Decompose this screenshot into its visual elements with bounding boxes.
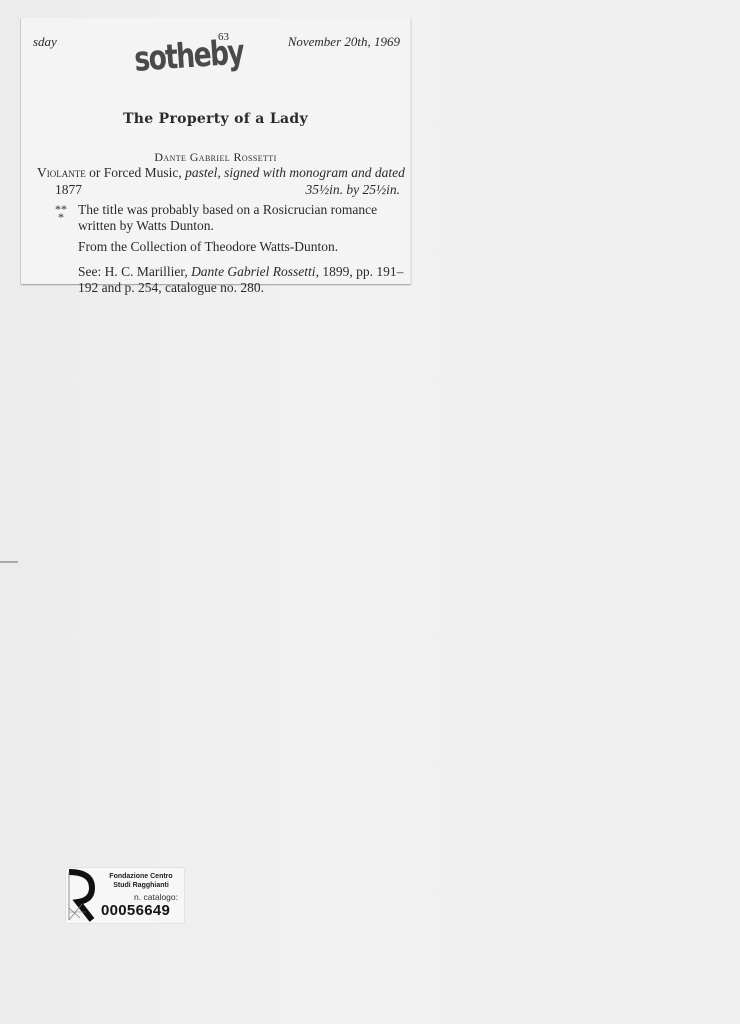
literature-book-title: Dante Gabriel Rossetti bbox=[191, 264, 316, 279]
catalog-number: 00056649 bbox=[101, 902, 170, 919]
lot-year: 1877 bbox=[55, 182, 82, 198]
scan-edge-mark bbox=[0, 561, 18, 563]
note-asterisks-icon: ** * bbox=[55, 205, 67, 221]
lot-dimensions: 35½in. by 25½in. bbox=[306, 182, 401, 198]
artist-name: Dante Gabriel Rossetti bbox=[21, 150, 410, 165]
lot-title-smallcaps: Violante bbox=[37, 165, 86, 180]
lot-description: Violante or Forced Music, pastel, signed… bbox=[37, 165, 400, 181]
literature-reference: See: H. C. Marillier, Dante Gabriel Ross… bbox=[78, 264, 408, 296]
provenance-text: From the Collection of Theodore Watts-Du… bbox=[78, 239, 408, 255]
catalog-number-label: n. catalogo: bbox=[134, 892, 178, 902]
archive-organization-name: Fondazione Centro Studi Ragghianti bbox=[100, 873, 182, 890]
auction-catalogue-clipping: sday 63 November 20th, 1969 sotheby The … bbox=[21, 18, 411, 284]
note-text: The title was probably based on a Rosicr… bbox=[78, 202, 408, 234]
handwritten-annotation: sotheby bbox=[133, 32, 244, 79]
header-weekday: sday bbox=[33, 34, 57, 50]
literature-prefix: See: H. C. Marillier, bbox=[78, 264, 191, 279]
archive-catalog-label: Fondazione Centro Studi Ragghianti n. ca… bbox=[66, 868, 184, 923]
lot-year-dimensions: 1877 35½in. by 25½in. bbox=[55, 182, 400, 198]
lot-medium: pastel bbox=[185, 165, 217, 180]
lot-title-rest: or Forced Music, bbox=[86, 165, 185, 180]
ragghianti-r-logo-icon bbox=[66, 868, 98, 922]
section-title: The Property of a Lady bbox=[21, 111, 410, 127]
header-date: November 20th, 1969 bbox=[288, 34, 400, 50]
lot-signature-note: signed with monogram and dated bbox=[224, 165, 405, 180]
